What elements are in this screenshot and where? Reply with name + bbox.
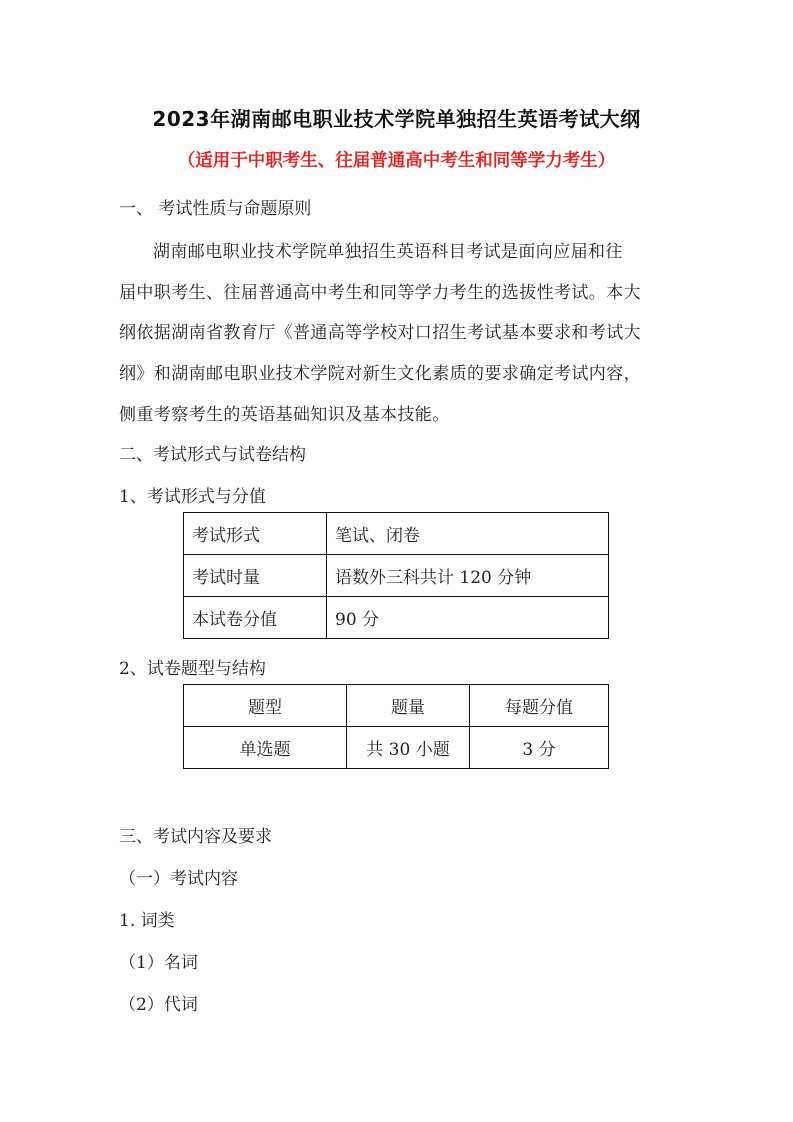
paragraph-line: 湖南邮电职业技术学院单独招生英语科目考试是面向应届和往 [153,237,623,262]
section-2-2-heading: 2、试卷题型与结构 [119,654,266,679]
table-row: 单选题 共 30 小题 3 分 [184,727,609,769]
table-cell: 语数外三科共计 120 分钟 [327,555,609,597]
table-row: 考试时量 语数外三科共计 120 分钟 [184,555,609,597]
section-3-subheading: （一）考试内容 [119,864,238,889]
paragraph-line: 纲依据湖南省教育厅《普通高等学校对口招生考试基本要求和考试大 [119,318,641,343]
table-header-row: 题型 题量 每题分值 [184,685,609,727]
table-cell: 90 分 [327,597,609,639]
list-item: （2）代词 [119,990,198,1015]
exam-format-table: 考试形式 笔试、闭卷 考试时量 语数外三科共计 120 分钟 本试卷分值 90 … [183,512,609,639]
table-header-cell: 题量 [347,685,470,727]
paragraph-line: 侧重考察考生的英语基础知识及基本技能。 [119,400,450,425]
table-cell: 笔试、闭卷 [327,513,609,555]
document-title: 2023年湖南邮电职业技术学院单独招生英语考试大纲 [0,103,793,132]
paragraph-line: 届中职考生、往届普通高中考生和同等学力考生的选拔性考试。本大 [119,278,641,303]
table-row: 本试卷分值 90 分 [184,597,609,639]
table-cell: 本试卷分值 [184,597,327,639]
question-structure-table: 题型 题量 每题分值 单选题 共 30 小题 3 分 [183,684,609,769]
table-cell: 共 30 小题 [347,727,470,769]
table-row: 考试形式 笔试、闭卷 [184,513,609,555]
list-item: （1）名词 [119,948,198,973]
list-item-heading: 1. 词类 [119,906,175,931]
table-header-cell: 每题分值 [470,685,609,727]
table-cell: 考试形式 [184,513,327,555]
section-2-heading: 二、考试形式与试卷结构 [119,440,306,465]
document-subtitle: （适用于中职考生、往届普通高中考生和同等学力考生） [0,147,793,172]
section-2-1-heading: 1、考试形式与分值 [119,482,266,507]
section-3-heading: 三、考试内容及要求 [119,822,272,847]
section-1-heading: 一、 考试性质与命题原则 [119,194,311,219]
table-cell: 3 分 [470,727,609,769]
table-header-cell: 题型 [184,685,347,727]
paragraph-line: 纲》和湖南邮电职业技术学院对新生文化素质的要求确定考试内容， [119,359,641,384]
table-cell: 单选题 [184,727,347,769]
table-cell: 考试时量 [184,555,327,597]
